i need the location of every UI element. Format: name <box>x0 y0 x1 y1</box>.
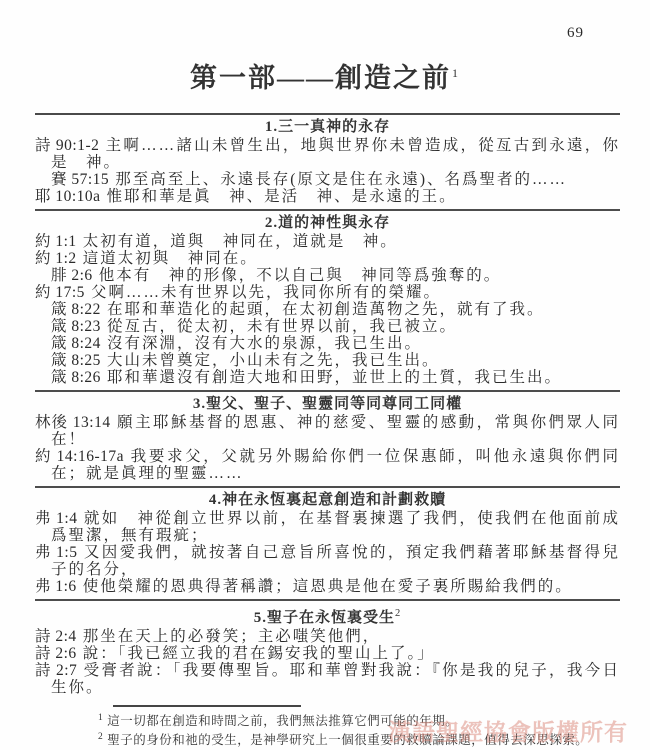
section-heading: 5.聖子在永恆裏受生2 <box>35 605 620 627</box>
verse-text: 那坐在天上的必發笑；主必嗤笑他們， <box>83 628 381 645</box>
verse-row: 箴 8:25大山未曾奠定，小山未有之先，我已生出。 <box>35 352 620 369</box>
page-number: 69 <box>567 25 584 42</box>
verse-row: 耶 10:10a惟耶和華是眞 神、是活 神、是永遠的王。 <box>35 188 620 205</box>
verse-ref: 箴 8:23 <box>51 318 101 335</box>
verse-ref: 約 1:2 <box>35 250 77 267</box>
section-divider <box>35 390 620 392</box>
page-title: 第一部——創造之前1 <box>0 56 650 95</box>
verse-row: 約 17:5父啊……未有世界以先，我同你所有的榮耀。 <box>35 284 620 301</box>
verse-ref: 弗 1:5 <box>35 544 77 561</box>
verse-ref: 耶 10:10a <box>35 188 101 205</box>
verse-text: 說：「我已經立我的君在錫安我的聖山上了。」 <box>83 645 435 662</box>
verse-row: 箴 8:26耶和華還沒有創造大地和田野，並世上的土質，我已生出。 <box>35 369 620 386</box>
section-3: 3.聖父、聖子、聖靈同等同尊同工同權 林後 13:14願主耶穌基督的恩惠、神的慈… <box>35 396 620 482</box>
copyright-watermark: 漢語聖經協會版權所有 <box>388 714 628 747</box>
verse-text: 父啊……未有世界以先，我同你所有的榮耀。 <box>91 284 441 301</box>
verse-text: 他本有 神的形像，不以自己與 神同等爲強奪的。 <box>99 267 502 284</box>
footnote-divider <box>113 705 301 707</box>
verse-text: 願主耶穌基督的恩惠、神的慈愛、聖靈的感動，常與你們眾人同在！ <box>51 414 620 448</box>
verse-ref: 詩 2:4 <box>35 628 77 645</box>
verse-row: 箴 8:24沒有深淵，沒有大水的泉源，我已生出。 <box>35 335 620 352</box>
verse-text: 那至高至上、永遠長存(原文是住在永遠)、名爲聖者的…… <box>115 171 567 188</box>
verse-row: 腓 2:6他本有 神的形像，不以自己與 神同等爲強奪的。 <box>35 267 620 284</box>
verse-ref: 箴 8:26 <box>51 369 101 386</box>
heading-footnote-marker: 2 <box>395 608 401 619</box>
section-heading: 4.神在永恆裏起意創造和計劃救贖 <box>35 492 620 509</box>
verse-ref: 約 1:1 <box>35 233 77 250</box>
verse-text: 從亙古，從太初，未有世界以前，我已被立。 <box>107 318 457 335</box>
verse-text: 耶和華還沒有創造大地和田野，並世上的土質，我已生出。 <box>107 369 562 386</box>
verse-ref: 箴 8:22 <box>51 301 101 318</box>
verse-text: 就如 神從創立世界以前，在基督裏揀選了我們，使我們在他面前成爲聖潔，無有瑕疵； <box>51 510 620 544</box>
section-4: 4.神在永恆裏起意創造和計劃救贖 弗 1:4就如 神從創立世界以前，在基督裏揀選… <box>35 492 620 595</box>
verse-text: 我要求父，父就另外賜給你們一位保惠師，叫他永遠與你們同在；就是眞理的聖靈…… <box>51 448 620 482</box>
section-divider <box>35 486 620 488</box>
title-footnote-marker: 1 <box>452 66 460 80</box>
verse-row: 詩 2:6說：「我已經立我的君在錫安我的聖山上了。」 <box>35 645 620 662</box>
verse-ref: 箴 8:25 <box>51 352 101 369</box>
verse-row: 弗 1:5又因愛我們，就按著自己意旨所喜悅的，預定我們藉著耶穌基督得兒子的名分， <box>35 544 620 578</box>
footnote-marker: 2 <box>98 732 103 742</box>
verse-text: 大山未曾奠定，小山未有之先，我已生出。 <box>107 352 440 369</box>
verse-row: 箴 8:23從亙古，從太初，未有世界以前，我已被立。 <box>35 318 620 335</box>
verse-text: 太初有道，道與 神同在，道就是 神。 <box>83 233 398 250</box>
verse-ref: 賽 57:15 <box>51 171 109 188</box>
verse-ref: 詩 90:1-2 <box>35 137 99 154</box>
verse-ref: 箴 8:24 <box>51 335 101 352</box>
verse-text: 沒有深淵，沒有大水的泉源，我已生出。 <box>107 335 422 352</box>
verse-row: 詩 2:4那坐在天上的必發笑；主必嗤笑他們， <box>35 628 620 645</box>
section-heading: 1.三一真神的永存 <box>35 119 620 136</box>
verse-row: 弗 1:4就如 神從創立世界以前，在基督裏揀選了我們，使我們在他面前成爲聖潔，無… <box>35 510 620 544</box>
verse-ref: 詩 2:6 <box>35 645 77 662</box>
section-1: 1.三一真神的永存 詩 90:1-2主啊……諸山未曾生出，地與世界你未曾造成，從… <box>35 119 620 205</box>
verse-row: 箴 8:22在耶和華造化的起頭，在太初創造萬物之先，就有了我。 <box>35 301 620 318</box>
section-heading: 3.聖父、聖子、聖靈同等同尊同工同權 <box>35 396 620 413</box>
section-5: 5.聖子在永恆裏受生2 詩 2:4那坐在天上的必發笑；主必嗤笑他們， 詩 2:6… <box>35 605 620 696</box>
verse-row: 林後 13:14願主耶穌基督的恩惠、神的慈愛、聖靈的感動，常與你們眾人同在！ <box>35 414 620 448</box>
verse-ref: 約 17:5 <box>35 284 85 301</box>
verse-text: 又因愛我們，就按著自己意旨所喜悅的，預定我們藉著耶穌基督得兒子的名分， <box>51 544 620 578</box>
verse-text: 受膏者說：「我要傳聖旨。耶和華曾對我說：『你是我的兒子，我今日生你。 <box>51 662 620 696</box>
verse-ref: 林後 13:14 <box>35 414 111 431</box>
verse-row: 詩 2:7受膏者說：「我要傳聖旨。耶和華曾對我說：『你是我的兒子，我今日生你。 <box>35 662 620 696</box>
verse-row: 弗 1:6使他榮耀的恩典得著稱讚；這恩典是他在愛子裏所賜給我們的。 <box>35 578 620 595</box>
verse-row: 約 1:2這道太初與 神同在。 <box>35 250 620 267</box>
verse-text: 使他榮耀的恩典得著稱讚；這恩典是他在愛子裏所賜給我們的。 <box>83 578 573 595</box>
verse-ref: 腓 2:6 <box>51 267 93 284</box>
footnote-marker: 1 <box>98 713 103 723</box>
verse-text: 這道太初與 神同在。 <box>83 250 258 267</box>
section-heading: 2.道的神性與永存 <box>35 215 620 232</box>
section-2: 2.道的神性與永存 約 1:1太初有道，道與 神同在，道就是 神。 約 1:2這… <box>35 215 620 386</box>
verse-ref: 弗 1:6 <box>35 578 77 595</box>
verse-row: 賽 57:15那至高至上、永遠長存(原文是住在永遠)、名爲聖者的…… <box>35 171 620 188</box>
section-heading-text: 5.聖子在永恆裏受生 <box>254 610 395 626</box>
verse-ref: 弗 1:4 <box>35 510 77 527</box>
scanned-book-page: 69 第一部——創造之前1 1.三一真神的永存 詩 90:1-2主啊……諸山未曾… <box>0 0 650 750</box>
section-divider <box>35 209 620 211</box>
page-content: 1.三一真神的永存 詩 90:1-2主啊……諸山未曾生出，地與世界你未曾造成，從… <box>35 113 620 748</box>
section-divider <box>35 599 620 601</box>
verse-ref: 約 14:16-17a <box>35 448 124 465</box>
verse-text: 主啊……諸山未曾生出，地與世界你未曾造成，從亙古到永遠，你是 神。 <box>51 137 620 171</box>
verse-ref: 詩 2:7 <box>35 662 77 679</box>
verse-row: 約 14:16-17a我要求父，父就另外賜給你們一位保惠師，叫他永遠與你們同在；… <box>35 448 620 482</box>
verse-text: 在耶和華造化的起頭，在太初創造萬物之先，就有了我。 <box>107 301 545 318</box>
verse-row: 約 1:1太初有道，道與 神同在，道就是 神。 <box>35 233 620 250</box>
page-title-text: 第一部——創造之前 <box>190 63 451 93</box>
verse-text: 惟耶和華是眞 神、是活 神、是永遠的王。 <box>107 188 457 205</box>
verse-row: 詩 90:1-2主啊……諸山未曾生出，地與世界你未曾造成，從亙古到永遠，你是 神… <box>35 137 620 171</box>
